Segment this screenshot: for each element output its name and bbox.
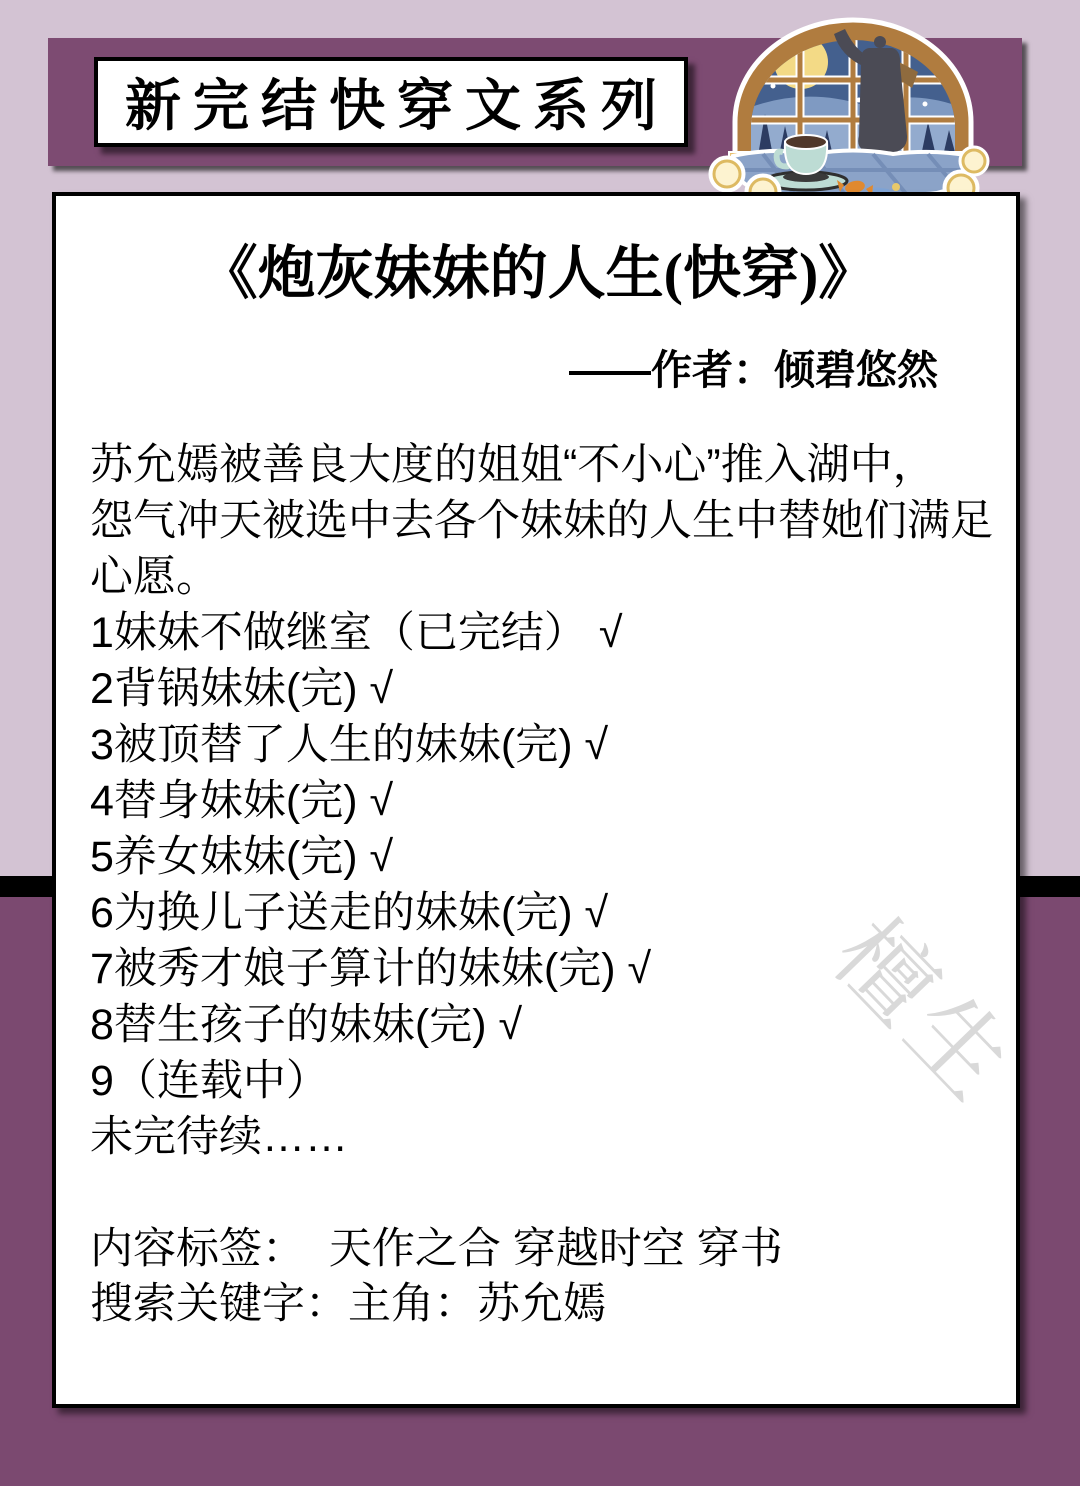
synopsis-line: 怨气冲天被选中去各个妹妹的人生中替她们满足 xyxy=(90,493,986,549)
synopsis-line: 心愿。 xyxy=(90,549,986,605)
series-title-box: 新完结快穿文系列 xyxy=(94,57,688,147)
story-list-item: 9（连载中） xyxy=(90,1053,986,1109)
author-line: ——作者：倾碧悠然 xyxy=(90,346,986,394)
keywords-line: 搜索关键字：主角：苏允嫣 xyxy=(90,1277,986,1332)
tags-block: 内容标签： 天作之合 穿越时空 穿书 搜索关键字：主角：苏允嫣 xyxy=(90,1222,986,1332)
story-list-item: 2背锅妹妹(完) √ xyxy=(90,661,986,717)
ending-line: 未完待续…… xyxy=(90,1109,986,1165)
story-list-item: 5养女妹妹(完) √ xyxy=(90,829,986,885)
tags-line: 内容标签： 天作之合 穿越时空 穿书 xyxy=(90,1222,986,1277)
winter-window-illustration xyxy=(703,4,1003,209)
story-list: 1妹妹不做继室（已完结） √2背锅妹妹(完) √3被顶替了人生的妹妹(完) √4… xyxy=(90,605,986,1109)
content-card: 《炮灰妹妹的人生(快穿)》 ——作者：倾碧悠然 苏允嫣被善良大度的姐姐“不小心”… xyxy=(52,192,1020,1408)
story-list-item: 4替身妹妹(完) √ xyxy=(90,773,986,829)
book-title: 《炮灰妹妹的人生(快穿)》 xyxy=(90,242,986,306)
series-title: 新完结快穿文系列 xyxy=(125,62,669,142)
story-list-item: 1妹妹不做继室（已完结） √ xyxy=(90,605,986,661)
synopsis: 苏允嫣被善良大度的姐姐“不小心”推入湖中，怨气冲天被选中去各个妹妹的人生中替她们… xyxy=(90,437,986,605)
story-list-item: 3被顶替了人生的妹妹(完) √ xyxy=(90,717,986,773)
synopsis-line: 苏允嫣被善良大度的姐姐“不小心”推入湖中， xyxy=(90,437,986,493)
